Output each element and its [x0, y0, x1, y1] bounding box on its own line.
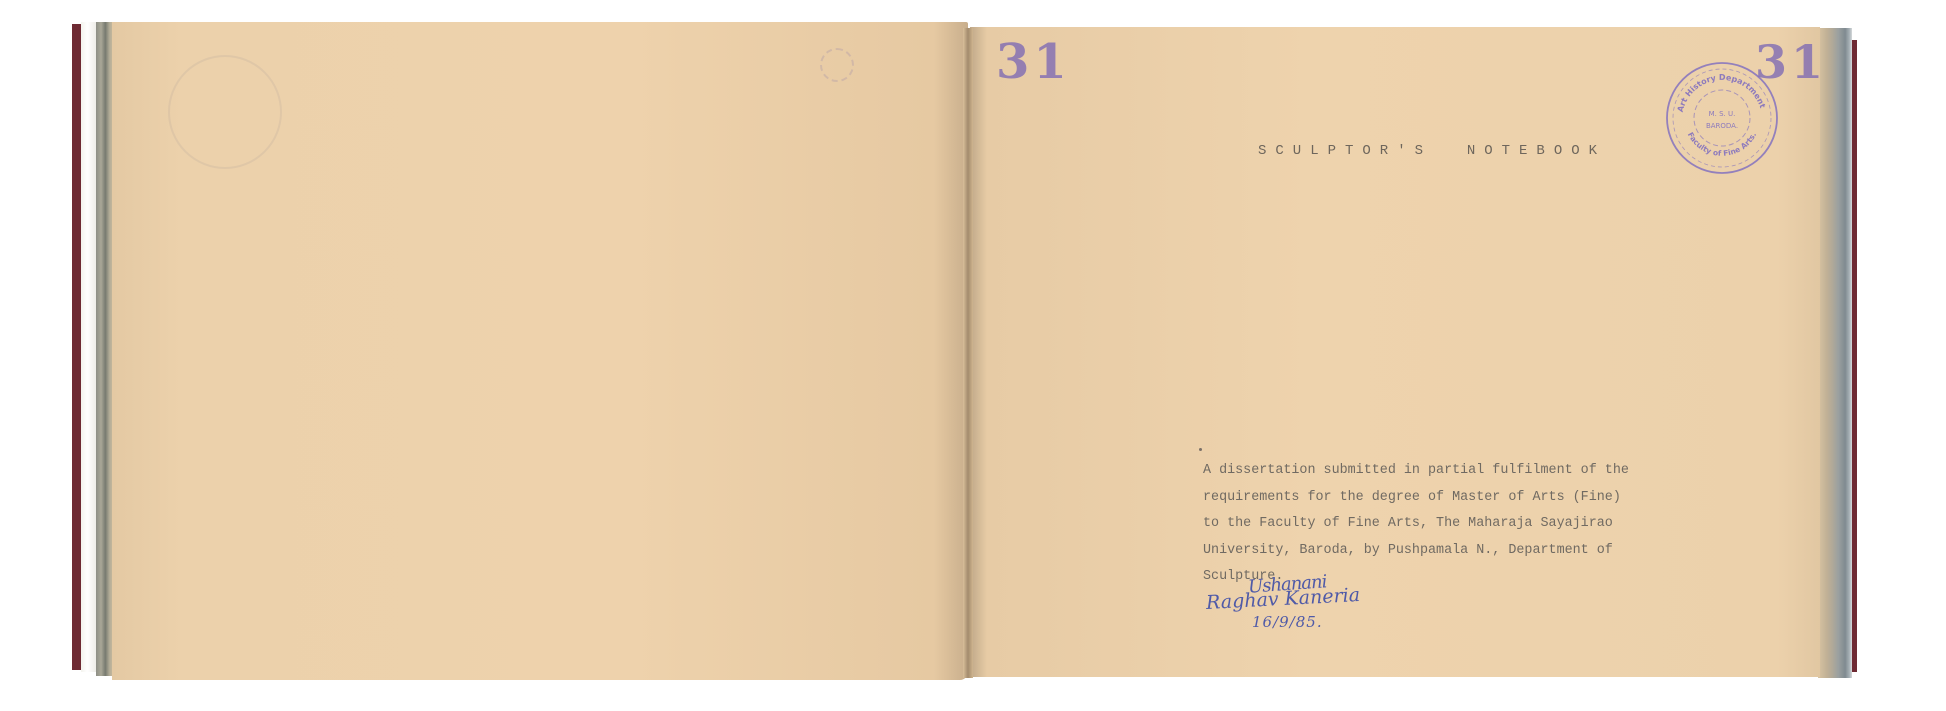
- book-gutter: [963, 28, 973, 678]
- ghost-stamp-impression: [168, 55, 282, 169]
- svg-text:M. S. U.: M. S. U.: [1709, 110, 1736, 118]
- seal-icon: Art History Department Faculty of Fine A…: [1664, 60, 1780, 176]
- svg-text:BARODA.: BARODA.: [1706, 122, 1738, 130]
- ghost-number-impression: [820, 48, 854, 82]
- svg-text:Faculty of Fine Arts.: Faculty of Fine Arts.: [1686, 131, 1758, 158]
- statement-line: A dissertation submitted in partial fulf…: [1203, 458, 1643, 485]
- document-title: SCULPTOR'S NOTEBOOK: [1258, 143, 1606, 159]
- ink-dot: [1199, 448, 1202, 451]
- page-number-stamp-left: 31: [996, 36, 1071, 88]
- dissertation-statement: A dissertation submitted in partial fulf…: [1203, 458, 1643, 591]
- statement-line: University, Baroda, by Pushpamala N., De…: [1203, 538, 1643, 565]
- statement-line: to the Faculty of Fine Arts, The Maharaj…: [1203, 511, 1643, 538]
- page-block-left-edges: [96, 22, 113, 676]
- department-seal-stamp: Art History Department Faculty of Fine A…: [1664, 60, 1780, 176]
- page-block-right-edges: [1818, 28, 1852, 678]
- statement-line: requirements for the degree of Master of…: [1203, 485, 1643, 512]
- svg-text:Art History Department: Art History Department: [1676, 73, 1767, 113]
- signature-date: 16/9/85.: [1252, 613, 1323, 631]
- page-block-left-white: [81, 22, 97, 672]
